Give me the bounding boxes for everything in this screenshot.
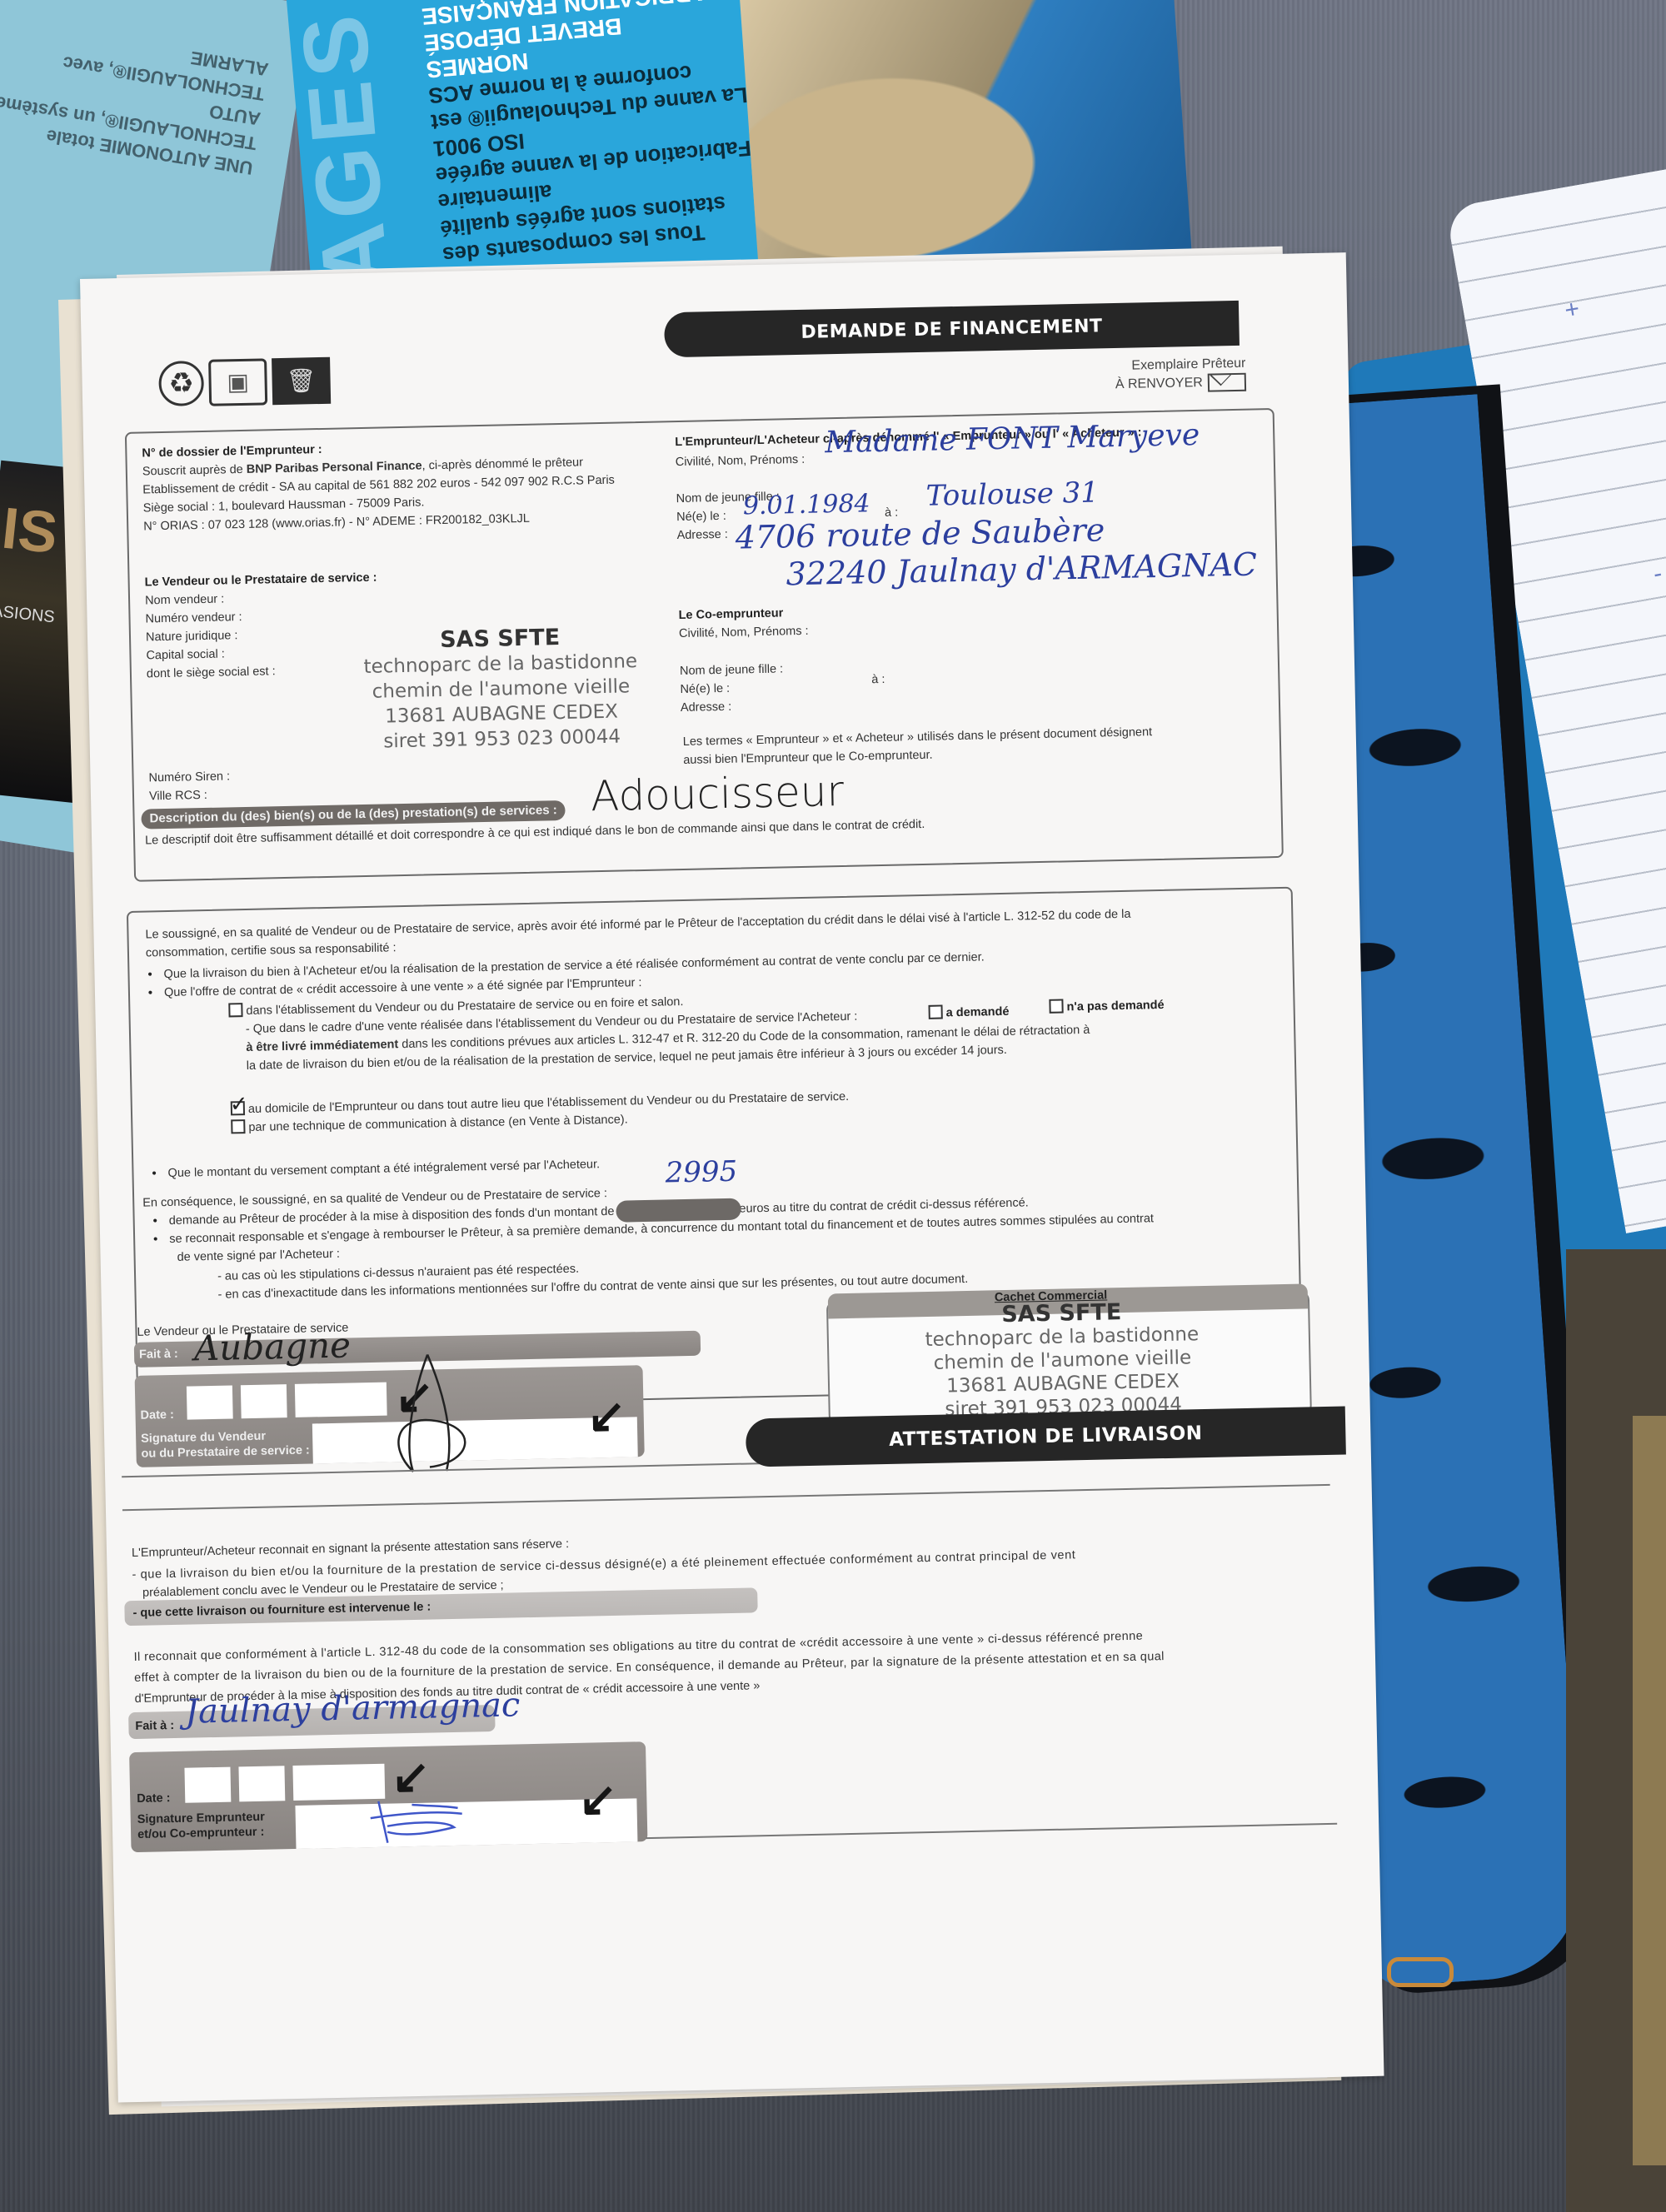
arrow-down-left-icon: ↙ (578, 1776, 618, 1823)
form-title-banner: DEMANDE DE FINANCEMENT (664, 301, 1240, 357)
vendor-name-label: Nom vendeur : (145, 590, 225, 610)
delivered-immediately-label: à être livré immédiatement (246, 1038, 398, 1054)
vendor-place-label: Fait à : (139, 1345, 178, 1364)
strip-word: IS (0, 495, 61, 566)
financing-request-form: ♻ ▣ 🗑 DEMANDE DE FINANCEMENT Exemplaire … (80, 252, 1384, 2102)
borrower-civility-label: Civilité, Nom, Prénoms : (676, 451, 806, 471)
return-label: À RENVOYER (1115, 376, 1203, 391)
coborrower-address-label: Adresse : (681, 698, 732, 717)
envelope-icon (1208, 373, 1246, 392)
commercial-stamp-box: Cachet Commercial SAS SFTE technoparc de… (826, 1290, 1312, 1425)
vendor-date-label: Date : (140, 1406, 174, 1425)
arrow-down-left-icon: ↙ (391, 1753, 431, 1801)
coborrower-civility-label: Civilité, Nom, Prénoms : (679, 622, 809, 643)
description-field[interactable]: Adoucisseur (591, 767, 845, 820)
coborrower-birth-label: Né(e) le : (680, 680, 730, 699)
borrower-address-line-1[interactable]: 4706 route de Saubère (735, 511, 1105, 555)
divider (646, 1823, 1337, 1839)
screen-icon: ▣ (208, 358, 267, 406)
vendor-siren-label: Numéro Siren : (148, 767, 230, 787)
commercial-stamp: SAS SFTE technoparc de la bastidonne che… (878, 1298, 1247, 1422)
recycle-icon: ♻ (158, 361, 204, 406)
borrower-date-label: Date : (137, 1789, 171, 1808)
borrower-signature-scribble (362, 1795, 479, 1847)
vendor-date-year[interactable] (295, 1382, 387, 1417)
checkbox-not-asked[interactable] (1049, 999, 1063, 1013)
checkbox-distance[interactable] (231, 1119, 245, 1133)
vendor-rcs-label: Ville RCS : (149, 786, 207, 805)
vendor-number-label: Numéro vendeur : (145, 608, 242, 628)
vendor-capital-label: Capital social : (146, 645, 225, 665)
borrower-date-year[interactable] (292, 1764, 385, 1801)
borrower-date-day[interactable] (184, 1767, 231, 1803)
divider (122, 1484, 1330, 1511)
coborrower-maiden-label: Nom de jeune fille : (680, 660, 784, 680)
borrower-birth-label: Né(e) le : (676, 507, 726, 526)
delivery-place-label: Fait à : (135, 1716, 174, 1736)
not-asked-label: n'a pas demandé (1066, 999, 1164, 1014)
borrower-date-month[interactable] (238, 1766, 285, 1801)
amount-handwritten[interactable]: 2995 (665, 1155, 737, 1190)
vendor-legal-form-label: Nature juridique : (146, 626, 238, 646)
notebook-mark: - (1651, 560, 1664, 589)
vendor-date-month[interactable] (241, 1384, 287, 1418)
vendor-place-field[interactable]: Aubagne (193, 1324, 351, 1368)
vendor-signature-label: Signature du Vendeurou du Prestataire de… (141, 1428, 310, 1462)
borrower-signature-label: Signature Emprunteuret/ou Co-emprunteur … (137, 1810, 266, 1842)
vendor-seat-label: dont le siège social est : (147, 662, 276, 683)
trash-icon: 🗑 (272, 357, 331, 405)
lender-suffix: , ci-après dénommé le prêteur (421, 456, 583, 472)
borrower-address-label: Adresse : (676, 526, 728, 545)
header-logos: ♻ ▣ 🗑 (158, 357, 331, 407)
coborrower-title: Le Co-emprunteur (678, 604, 783, 625)
copy-label: Exemplaire Prêteur À RENVOYER (1115, 355, 1246, 395)
borrower-birthplace-field[interactable]: Toulouse 31 (925, 476, 1099, 512)
option-not-asked: n'a pas demandé (1049, 996, 1165, 1017)
checkbox-asked[interactable] (928, 1005, 942, 1019)
notebook-mark: + (1563, 295, 1582, 326)
brochure-side-text: UNE AUTONOMIE totale TECHNOLAUGII®, un s… (0, 12, 270, 180)
signature-label-line: et/ou Co-emprunteur : (137, 1825, 265, 1842)
checkbox-establishment[interactable] (228, 1003, 242, 1017)
coborrower-birthplace-label: à : (871, 670, 885, 689)
checkbox-home[interactable] (231, 1101, 245, 1115)
lender-name: BNP Paribas Personal Finance (247, 459, 422, 476)
background-object (1633, 1416, 1666, 2165)
option-asked: a demandé (928, 1003, 1009, 1023)
strip-word: ASIONS (0, 602, 56, 628)
lender-prefix: Souscrit auprès de (142, 463, 247, 479)
zipper-pull (1387, 1957, 1454, 1987)
arrow-down-left-icon: ↙ (586, 1392, 626, 1440)
delivery-place-field[interactable]: Jaulnay d'armagnac (185, 1686, 521, 1731)
responsible-line-2: de vente signé par l'Acheteur : (177, 1245, 340, 1267)
vendor-stamp: SAS SFTE technoparc de la bastidonne che… (362, 624, 640, 755)
asked-label: a demandé (946, 1005, 1010, 1020)
vendor-signature-scribble (377, 1344, 513, 1480)
vendor-date-day[interactable] (187, 1385, 233, 1419)
